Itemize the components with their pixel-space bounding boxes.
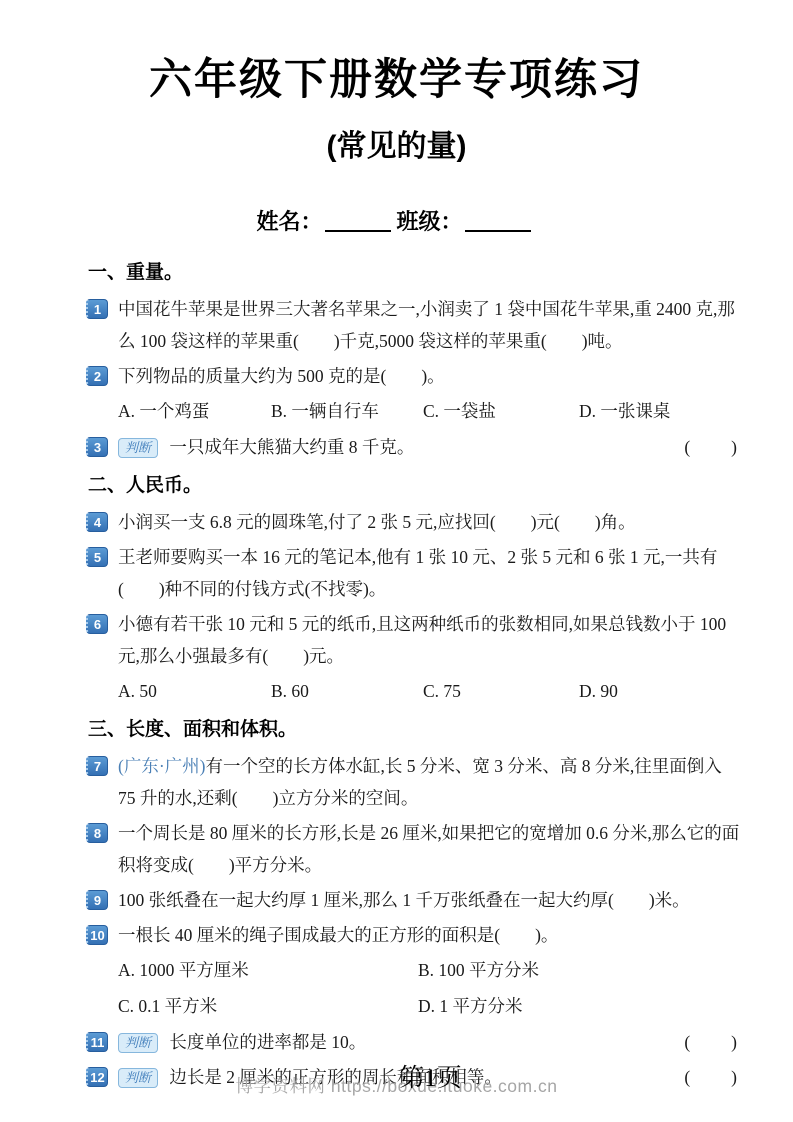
- question-10-options-row-2: C. 0.1 平方米 D. 1 平方分米: [88, 990, 741, 1022]
- section-heading-weight: 一、重量。: [88, 258, 741, 288]
- name-class-line: 姓名：班级：: [0, 205, 793, 236]
- page-title: 六年级下册数学专项练习: [0, 0, 793, 107]
- question-6: 6 小德有若干张 10 元和 5 元的纸币,且这两种纸币的张数相同,如果总钱数小…: [88, 608, 741, 672]
- page-number: 第1页: [399, 1058, 462, 1094]
- section-heading-length-area-volume: 三、长度、面积和体积。: [88, 715, 741, 745]
- page-subtitle: (常见的量): [0, 121, 793, 165]
- question-7: 7 (广东·广州)有一个空的长方体水缸,长 5 分米、宽 3 分米、高 8 分米…: [88, 750, 741, 814]
- question-10-number-badge: 10: [86, 925, 108, 945]
- question-4: 4 小润买一支 6.8 元的圆珠笔,付了 2 张 5 元,应找回( )元( )角…: [88, 506, 741, 538]
- option-a: A. 1000 平方厘米: [118, 954, 418, 986]
- question-11-text: 长度单位的进率都是 10。: [169, 1032, 366, 1052]
- question-1-number-badge: 1: [86, 299, 108, 319]
- question-11: 11 判断 长度单位的进率都是 10。 ( ): [88, 1026, 741, 1058]
- option-a: A. 50: [118, 675, 271, 707]
- option-b: B. 60: [271, 675, 423, 707]
- question-9: 9 100 张纸叠在一起大约厚 1 厘米,那么 1 千万张纸叠在一起大约厚( )…: [88, 884, 741, 916]
- question-6-number-badge: 6: [86, 614, 108, 634]
- option-b: B. 100 平方分米: [418, 954, 741, 986]
- option-b: B. 一辆自行车: [271, 395, 423, 427]
- question-1-text: 中国花牛苹果是世界三大著名苹果之一,小润卖了 1 袋中国花牛苹果,重 2400 …: [118, 299, 735, 351]
- question-8-number-badge: 8: [86, 823, 108, 843]
- question-2-number-badge: 2: [86, 366, 108, 386]
- option-c: C. 75: [423, 675, 579, 707]
- question-4-number-badge: 4: [86, 512, 108, 532]
- question-7-number-badge: 7: [86, 756, 108, 776]
- question-8-text: 一个周长是 80 厘米的长方形,长是 26 厘米,如果把它的宽增加 0.6 分米…: [118, 823, 739, 875]
- judge-badge: 判断: [118, 438, 158, 458]
- question-10-options-row-1: A. 1000 平方厘米 B. 100 平方分米: [88, 954, 741, 986]
- question-5-number-badge: 5: [86, 547, 108, 567]
- question-2: 2 下列物品的质量大约为 500 克的是( )。: [88, 360, 741, 392]
- question-2-text: 下列物品的质量大约为 500 克的是( )。: [118, 366, 445, 386]
- question-10: 10 一根长 40 厘米的绳子围成最大的正方形的面积是( )。: [88, 919, 741, 951]
- question-11-number-badge: 11: [86, 1032, 108, 1052]
- question-source-tag: (广东·广州): [118, 756, 205, 776]
- worksheet-body: 一、重量。 1 中国花牛苹果是世界三大著名苹果之一,小润卖了 1 袋中国花牛苹果…: [0, 258, 793, 1093]
- question-10-text: 一根长 40 厘米的绳子围成最大的正方形的面积是( )。: [118, 925, 558, 945]
- question-6-text: 小德有若干张 10 元和 5 元的纸币,且这两种纸币的张数相同,如果总钱数小于 …: [118, 614, 726, 666]
- question-6-options: A. 50 B. 60 C. 75 D. 90: [88, 675, 741, 707]
- watermark-text: 博学资料网 https://boxue.ituoke.com.cn: [0, 1073, 793, 1098]
- option-d: D. 1 平方分米: [418, 990, 741, 1022]
- name-blank-line: [325, 210, 391, 232]
- class-label: 班级：: [397, 209, 463, 234]
- option-c: C. 0.1 平方米: [118, 990, 418, 1022]
- name-label: 姓名：: [256, 209, 322, 234]
- question-5-text: 王老师要购买一本 16 元的笔记本,他有 1 张 10 元、2 张 5 元和 6…: [118, 547, 717, 599]
- worksheet-page: 六年级下册数学专项练习 (常见的量) 姓名：班级： 一、重量。 1 中国花牛苹果…: [0, 0, 793, 1122]
- class-blank-line: [465, 210, 531, 232]
- section-heading-money: 二、人民币。: [88, 471, 741, 501]
- option-d: D. 一张课桌: [579, 395, 741, 427]
- question-9-text: 100 张纸叠在一起大约厚 1 厘米,那么 1 千万张纸叠在一起大约厚( )米。: [118, 890, 690, 910]
- judge-badge: 判断: [118, 1033, 158, 1053]
- question-9-number-badge: 9: [86, 890, 108, 910]
- option-c: C. 一袋盐: [423, 395, 579, 427]
- option-a: A. 一个鸡蛋: [118, 395, 271, 427]
- question-7-text: 有一个空的长方体水缸,长 5 分米、宽 3 分米、高 8 分米,往里面倒入 75…: [118, 756, 722, 808]
- answer-parens: ( ): [684, 431, 739, 463]
- question-8: 8 一个周长是 80 厘米的长方形,长是 26 厘米,如果把它的宽增加 0.6 …: [88, 817, 741, 881]
- question-2-options: A. 一个鸡蛋 B. 一辆自行车 C. 一袋盐 D. 一张课桌: [88, 395, 741, 427]
- question-3: 3 判断 一只成年大熊猫大约重 8 千克。 ( ): [88, 431, 741, 463]
- question-4-text: 小润买一支 6.8 元的圆珠笔,付了 2 张 5 元,应找回( )元( )角。: [118, 512, 636, 532]
- option-d: D. 90: [579, 675, 741, 707]
- question-3-text: 一只成年大熊猫大约重 8 千克。: [169, 437, 414, 457]
- question-5: 5 王老师要购买一本 16 元的笔记本,他有 1 张 10 元、2 张 5 元和…: [88, 541, 741, 605]
- answer-parens: ( ): [684, 1026, 739, 1058]
- page-footer: 博学资料网 https://boxue.ituoke.com.cn 第1页: [0, 1073, 793, 1098]
- question-3-number-badge: 3: [86, 437, 108, 457]
- question-1: 1 中国花牛苹果是世界三大著名苹果之一,小润卖了 1 袋中国花牛苹果,重 240…: [88, 293, 741, 357]
